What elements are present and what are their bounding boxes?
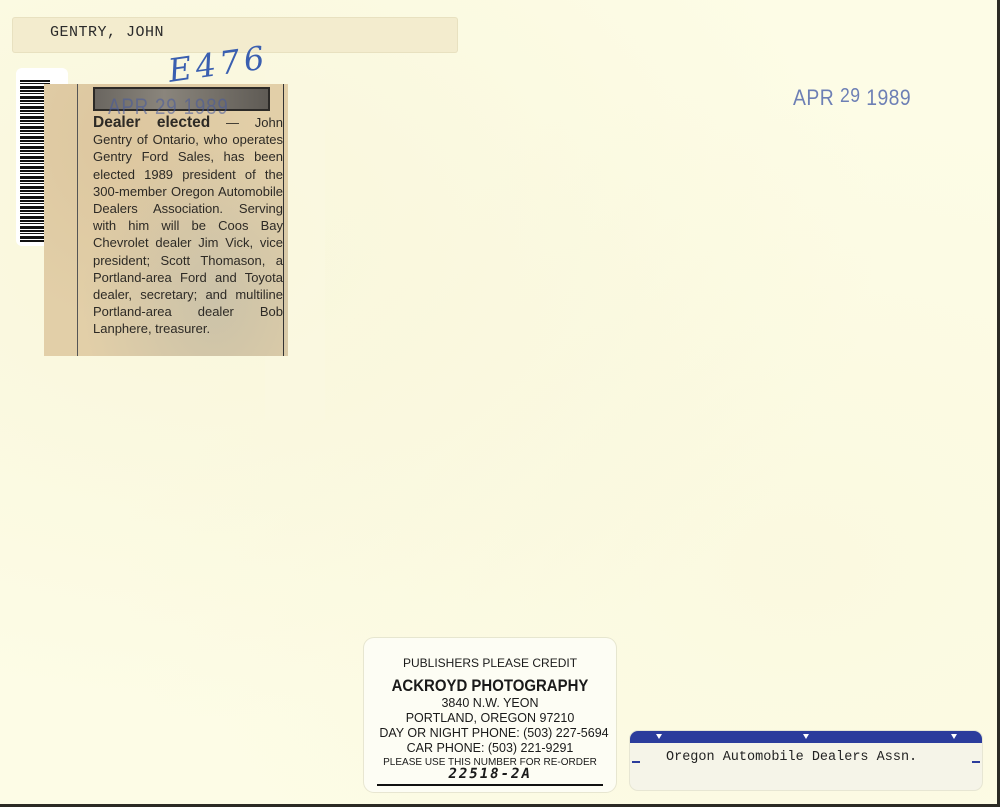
column-rule bbox=[77, 84, 78, 356]
photo-back-sheet: GENTRY, JOHN E476 or a29178 www.historic… bbox=[0, 0, 997, 804]
studio-name: ACKROYD PHOTOGRAPHY bbox=[379, 676, 601, 696]
received-date-stamp: APR 29 1989 bbox=[793, 85, 911, 111]
triangle-marker-icon bbox=[656, 734, 662, 739]
reorder-underline bbox=[377, 784, 603, 786]
clipping-article: Dealer elected — John Gentry of Ontario,… bbox=[93, 114, 283, 338]
stamp-day: 29 bbox=[840, 85, 860, 107]
caption-tag: Oregon Automobile Dealers Assn. bbox=[630, 731, 982, 790]
dash-marker-icon bbox=[972, 761, 980, 763]
clipping-headline: Dealer elected bbox=[93, 114, 210, 131]
name-label-text: GENTRY, JOHN bbox=[50, 24, 164, 41]
dash-marker-icon bbox=[632, 761, 640, 763]
studio-car-phone: CAR PHONE: (503) 221-9291 bbox=[364, 741, 616, 755]
photo-credit-sticker: PUBLISHERS PLEASE CREDIT ACKROYD PHOTOGR… bbox=[364, 638, 616, 792]
credit-heading: PUBLISHERS PLEASE CREDIT bbox=[364, 656, 616, 670]
newspaper-clipping: APR 29 1989 Dealer elected — John Gentry… bbox=[44, 84, 288, 356]
caption-text: Oregon Automobile Dealers Assn. bbox=[666, 750, 917, 765]
triangle-marker-icon bbox=[803, 734, 809, 739]
column-rule bbox=[283, 84, 284, 356]
stamp-month: APR bbox=[793, 85, 834, 110]
triangle-marker-icon bbox=[951, 734, 957, 739]
reorder-number: 22518-2A bbox=[363, 766, 618, 782]
clipping-body: — John Gentry of Ontario, who operates G… bbox=[93, 115, 283, 336]
studio-address: 3840 N.W. YEON bbox=[364, 696, 616, 710]
studio-phone: DAY OR NIGHT PHONE: (503) 227-5694 bbox=[358, 726, 630, 740]
studio-city: PORTLAND, OREGON 97210 bbox=[364, 711, 616, 725]
stamp-year: 1989 bbox=[866, 85, 911, 110]
